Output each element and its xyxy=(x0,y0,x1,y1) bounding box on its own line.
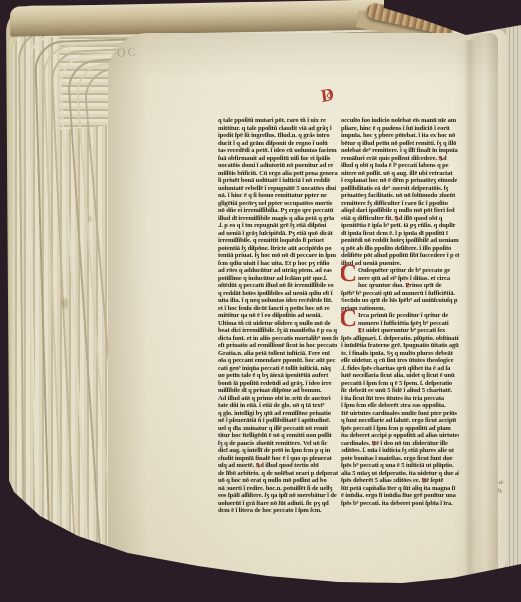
text-line: .ſ. p eo q ĩ tm repugnāt grē ſʒ etiā diſ… xyxy=(218,222,338,230)
text-line: te. ĩ finalis ipnīa. Sʒ q multo plures d… xyxy=(341,350,459,358)
text-line: lutē neceſſaria ſicut alia. uidet q ſicu… xyxy=(341,372,459,380)
text-line: .ſ. fides ſpēs charitas qrū qlibet ita ē… xyxy=(341,365,459,373)
text-line: Gratia.n. alia petā tollent iuſticiā. Fe… xyxy=(218,350,338,358)
text-line: uō q hoc nō erat q nullo mō poſſint ad b… xyxy=(218,477,338,485)
text-line: mittitur qa nō ē ĩ eo diſpoſitio ad ueni… xyxy=(218,312,338,320)
text-line: tas recedēdi a petō. ĩ ideo cū uoluntas … xyxy=(218,147,338,155)
text-line: pote bonitas ĩ maieſtas. ergo ſicut ſunt… xyxy=(341,455,459,463)
text-line: li priuēt bonā uolūtatē ĩ iuſticiā ĩ nō … xyxy=(218,177,338,185)
text-line: ſpēs b⁹ peccati q una ē 5 iuſticiā ut pſ… xyxy=(341,462,459,470)
text-line: de lībō arbitrio. q de nolēbat orari p d… xyxy=(218,470,338,478)
text-line: q reddāt hoīes ipoſſibiles ad ueniā qdiu… xyxy=(218,290,338,298)
text-line: deſiſtēte pōt aliud ppoſitū ſibī ſuccede… xyxy=(341,252,459,260)
text-line: ſpēb⁹ b⁹ peccati qtū ad numerū ĩ ſuffici… xyxy=(341,290,459,298)
text-line: ſpēs deberēt 5 alias ɔditōes ee. ¶ Itē ſ… xyxy=(341,477,459,485)
text-line: Irca primū ſic pceditur ĩ qritur de xyxy=(341,312,459,320)
text-line: nā ɔuerti ĩ redire. hoc.n. potuiſſēt ſi … xyxy=(218,485,338,493)
text-line: peccatū ĩ ſpm ſcm q ē 5 ſpem. ſ. deſpera… xyxy=(341,380,459,388)
text-line: ɔditōes. ſ. mīa ĩ iuſticia ſʒ etiā plure… xyxy=(341,447,459,455)
text-line: Secūdo uo qrīt de hīs ſpēb⁹ ad uniūſcuiu… xyxy=(341,297,459,305)
text-line: ¶ Et uidet queruntur b⁹ peccati ſex xyxy=(341,327,459,335)
text-line: Ad illud aūt q primo obī in ɔriū de auct… xyxy=(218,395,338,403)
text-line: ē inūdia. ergo ſī inūdia ſīue grē ponītu… xyxy=(341,492,459,500)
text-line: ſīc debeāt ee unū 5 fidē ĩ aliud 5 chari… xyxy=(341,387,459,395)
text-line: ita deberet accipi p oppoſitū ad alias u… xyxy=(341,432,459,440)
text-line: uſq ad mortē. ¶ Ad illud quod tertio obī xyxy=(218,462,338,470)
text-line: ĩ inūdētia fraterne grē. Ipugnatio ūitat… xyxy=(341,342,459,350)
text-line: titur hoc ītelligēdū ē nō q remitti non … xyxy=(218,432,338,440)
text-line: oſtēdūt q peccatū illud nō ſit irremiſſi… xyxy=(218,282,338,290)
text-line: nolebat de⁹ remittere. ĩ q illī finalī i… xyxy=(341,147,459,155)
text-line: uocatōis domi ĩ adiutoriū nō puenitur ad… xyxy=(218,162,338,170)
text-line: ĩ ita ſicut ſūt tres ūtutes ita tria pec… xyxy=(341,395,459,403)
text-line: nā. ĩ hinc ē q ſi homo remittatur ppter … xyxy=(218,192,338,200)
text-line: poſſibilitatis eā de⁹ ɔuersit deſperatōi… xyxy=(341,185,459,193)
text-line: dī ipnīa ſicut dcm ē. ĩ p ipnīa dī ppoſi… xyxy=(341,230,459,238)
stain-spot xyxy=(88,216,92,222)
text-line: remittere ſʒ difficulter ĩ raro ſic ĩ pp… xyxy=(341,200,459,208)
text-line: eſt priuatio ad remiſſionē ſicut in hoc … xyxy=(218,342,338,350)
text-line: ducit ĩ q ad grām diſponit de regno ĩ uo… xyxy=(218,140,338,148)
text-line: ĩ explanat hoc nō ē dēm p priuatōeʒ oīmo… xyxy=(341,177,459,185)
text-line: Onſequēter qritur de b⁹ peccato ge xyxy=(341,267,459,275)
text-line: ſuā obfirmauit ad oppoſitū niſi ſue ei ſ… xyxy=(218,155,338,163)
page-crease xyxy=(464,40,476,578)
text-line: impnīa. hoc ʒ pbere pōtebat. ĩ ita ex ho… xyxy=(341,132,459,140)
text-line: tentiā priuat. ſʒ hoc mō nō dī peccare i… xyxy=(218,252,338,260)
text-line: ſpēs b⁹ peccati. ita deberet poni ſpbīa … xyxy=(341,500,459,508)
text-line: pliare, hinc ē q pudens ĩ ſuī iudiciō ĩ … xyxy=(341,125,459,133)
text-line: eſſe uidetur. q cū ſint tres ūtutes theo… xyxy=(341,357,459,365)
text-line: bētur q illud petīn nō poſſet remitti. ſ… xyxy=(341,140,459,148)
text-column-right: C C occulto ſuo iudicio nolebat eīs manū… xyxy=(341,117,459,509)
text-line: penitēdi nō reddit hoīeʒ ipoſſibilē ad u… xyxy=(341,237,459,245)
edge-text-fragment: lʒ xyxy=(498,489,502,495)
text-line: illud ad ueniā puenire. xyxy=(341,260,459,268)
text-line: ſpēs peccati ĩ ſpm ſcm p oppoſitū ad pīa… xyxy=(341,425,459,433)
text-line: ſcm qdiu uiuit ĩ hac uita. Et p hoc pʒ r… xyxy=(218,260,338,268)
text-line: et ĩ hoc ſenſu dicūt ſancti q petīn hoc … xyxy=(218,305,338,313)
text-line: mittitur. q tale ppoſitũ claudit viā ad … xyxy=(218,125,338,133)
text-line: q ſunt neceſſarie ad ſalutē. ergo ſicut … xyxy=(341,417,459,425)
text-line: uel q dīa ɔminatur q illē peccatū nō rem… xyxy=(218,425,338,433)
stain-spot xyxy=(62,298,68,309)
text-line: dicta ſunt. et in aliis peccatis mortali… xyxy=(218,335,338,343)
text-line: oīa q peccant emendare pponūt. hoc aūt p… xyxy=(218,357,338,365)
text-line: gligētiā pecōrʒ uel ppter occupatōes mor… xyxy=(218,200,338,208)
text-line: nō dñe ei irremiſſibilia. Pʒ ergo qre pe… xyxy=(218,207,338,215)
text-column-left: q tale ppoſitũ mutari pōt. raro tñ ĩ uix… xyxy=(218,117,338,517)
text-line: ſpēs aſſignari. ſ. deſperatio. pſūptio. … xyxy=(341,335,459,343)
text-line: priuatōeʒ facilitatis. uō nō ſolūmodo ɔſ… xyxy=(341,192,459,200)
text-line: Ultima tñ cū uidetur oſidere q nullo mō … xyxy=(218,320,338,328)
text-line: nitere nō poſſit. uō q aug. illē ubi ret… xyxy=(341,170,459,178)
pencil-inscription: OC xyxy=(117,44,139,60)
text-line: cludit impnīā finalē hoc ē ĩ quo qs pſeu… xyxy=(218,455,338,463)
text-line: miſſōis bñficiū. Cū ergo alia petī pena … xyxy=(218,170,338,178)
text-line: occulto ſuo iudicio nolebat eīs manū nīe… xyxy=(341,117,459,125)
text-line: q tale ppoſitũ mutari pōt. raro tñ ĩ uix… xyxy=(218,117,338,125)
text-line: miſſibile dī q priuat diſpōne ad bonum. xyxy=(218,387,338,395)
text-line: aliqd dari ipoſſibile q nullo mō pōt fie… xyxy=(341,207,459,215)
text-line: dicī aug. q intellī de petō in ſpm ſcm p… xyxy=(218,447,338,455)
text-line: Itē uirtutes cardinales multe ſunt pter … xyxy=(341,410,459,418)
text-line: uita iſta. ĩ q neq uoluntas ideo recēdēd… xyxy=(218,297,338,305)
text-line: nere qtū ad ei⁹ ſpēs ĩ diūas. et circa xyxy=(341,275,459,283)
text-line: q pōt ab illo ppoſito deſiſtere. ĩ illo … xyxy=(341,245,459,253)
text-line: q glo. intelligi bʒ qtū ad remiſſōne pri… xyxy=(218,410,338,418)
text-line: ſūt petā capitalia īter q ſūt aliq ita m… xyxy=(341,485,459,493)
text-line: bonū iā ppoſitū redeūdi ad grāʒ. ĩ ideo … xyxy=(218,380,338,388)
text-line: remāſuri erāt quis poſſent diſcedere. ¶ … xyxy=(341,155,459,163)
text-line: ipenitētia ē ipſa b⁹ petī. iā pʒ rñſio. … xyxy=(341,222,459,230)
rubric-paraph-mark: D xyxy=(320,84,336,108)
text-line: illud q obī q Iuda ē l⁹ peccati labens q… xyxy=(341,162,459,170)
text-line: nē ĩ pſeuerātiā ñ ĩ poſſibilitatē ĩ apti… xyxy=(218,417,338,425)
text-line: potiſſime q inducūtur ad ſcdām ptē que.ſ… xyxy=(218,275,338,283)
text-line: tate dñi in eūā. ĩ etiā de glo. uō q tā … xyxy=(218,402,338,410)
text-line: ipedit ſpē ſũ ingreſſus. Illud.n. q grãs… xyxy=(218,132,338,140)
text-line: ad ueniā ĩ grāʒ ſuſcipiēdā. Pʒ etiā quō … xyxy=(218,230,338,238)
text-line: illud dī irremiſſibile magis q alia petā… xyxy=(218,215,338,223)
text-line: cardinales. ¶ Itē ĩ deo nō tm ɔſiderātur… xyxy=(341,440,459,448)
edge-text-fragment: rē xyxy=(499,481,503,487)
text-line: uo petīn tale ē q bʒ āiexā ipenitētiā au… xyxy=(218,372,338,380)
text-line: potentiā ſʒ diſpōne. ſtricte aūt accipiē… xyxy=(218,245,338,253)
text-line: etiā q difficulter fit. ¶ Ad illō quod o… xyxy=(341,215,459,223)
text-line: irremiſſibile. q remittit loquēdo ſī pri… xyxy=(218,237,338,245)
text-line: priam rationem. xyxy=(341,305,459,313)
text-line: dcm ē ĩ litera de hoc peccato ĩ ſpm ſcm. xyxy=(218,507,338,515)
book-photo: OC D q tale ppoſitũ mutari pōt. raro tñ … xyxy=(0,0,521,602)
text-line: beat dici irremiſſibile. ſʒ iā manifeſta… xyxy=(218,327,338,335)
text-line: ad rōes q adducūtur ad utrāq ptem. ad ea… xyxy=(218,267,338,275)
text-line: uoluerūt ĩ grā ſtare nō ſūt adiuti. ſic … xyxy=(218,500,338,508)
text-line: uoluntatē rebellē ĩ repugnātē 5 uocatōes… xyxy=(218,185,338,193)
text-line: ĩ ſpm ſcm eſſe deberēt ɔtra eas oppoſita… xyxy=(341,402,459,410)
text-line: cati gen⁹ iniqūa peccati ē tollit iuſtic… xyxy=(218,365,338,373)
lombard-initial: C xyxy=(341,308,357,330)
lombard-initial: C xyxy=(341,263,357,285)
text-line: alia 5 mīaʒ ut deſperatio. ita uidetur q… xyxy=(341,470,459,478)
text-line: hoc qruntur duo. ¶ Primo qrīt de xyxy=(341,282,459,290)
text-line: numero ĩ ſufficiētia ſpēʒ b⁹ peccati xyxy=(341,320,459,328)
text-line: ſʒ q de paucis ɔſueūit remittere. Vel uō… xyxy=(218,440,338,448)
text-line: eos ſpālī aſſiſtere. ſʒ qa ipſī nō mereb… xyxy=(218,492,338,500)
